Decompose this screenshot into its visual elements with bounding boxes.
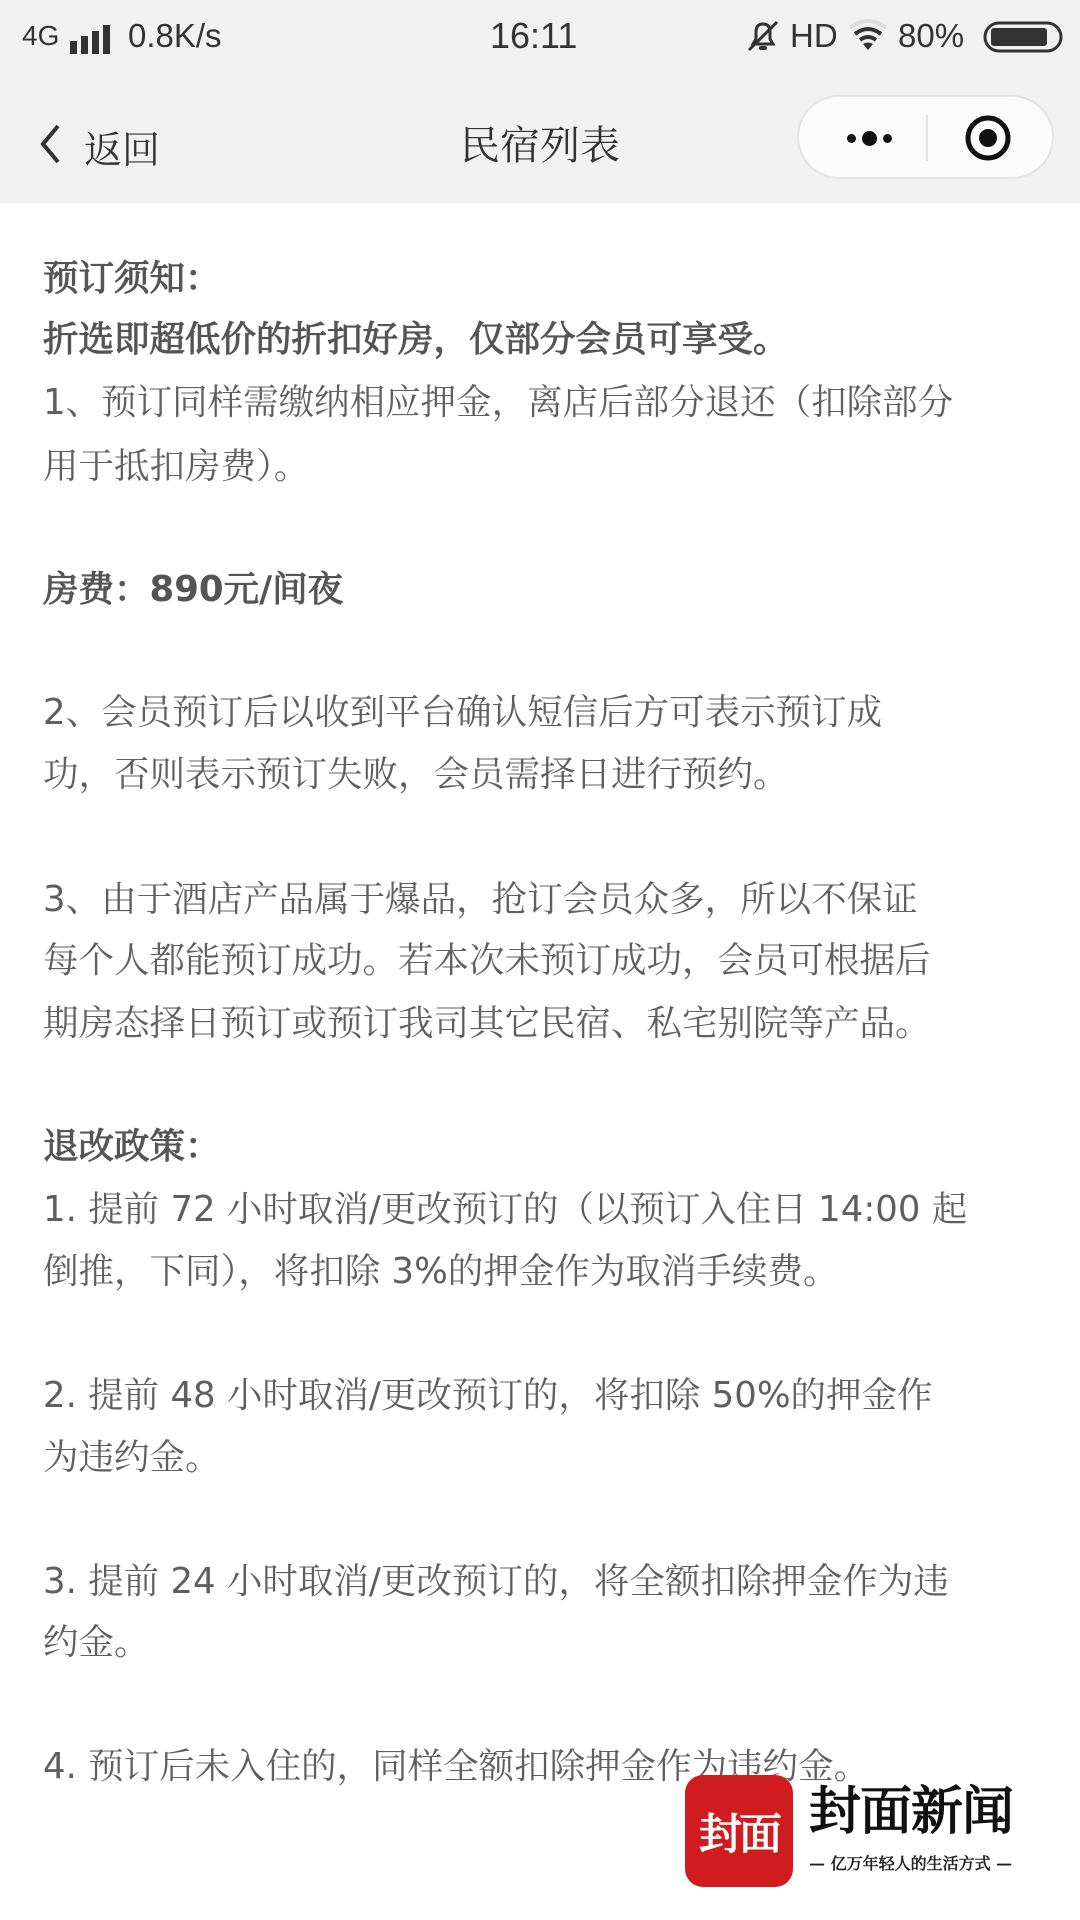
battery-icon: [983, 20, 1063, 64]
status-bar: 4G 0.8K/s 16:11 HD 80%: [0, 0, 1080, 90]
more-dots-icon: [847, 134, 856, 143]
rule-1-line-2: 用于抵扣房费）。: [43, 445, 309, 489]
network-type: 4G: [22, 14, 59, 58]
capsule-divider: [926, 115, 928, 161]
promo-text: 折选即超低价的折扣好房，仅部分会员可享受。: [43, 318, 789, 362]
section-heading-booking: 预订须知：: [43, 257, 221, 301]
rule-3-line-2: 每个人都能预订成功。若本次未预订成功，会员可根据后: [43, 939, 931, 983]
mute-bell-icon: [745, 18, 781, 65]
clock: 16:11: [490, 14, 577, 58]
network-speed: 0.8K/s: [128, 14, 222, 58]
close-button[interactable]: [961, 111, 1015, 165]
rule-3-line-3: 期房态择日预订或预订我司其它民宿、私宅别院等产品。: [43, 1002, 931, 1046]
battery-percent: 80%: [898, 14, 964, 58]
rule-3-line-1: 3、由于酒店产品属于爆品，抢订会员众多，所以不保证: [43, 878, 918, 922]
news-watermark: 封面 封面新闻 — 亿万年轻人的生活方式 —: [685, 1775, 1025, 1890]
refund-1-line-2: 倒推，下同），将扣除 3%的押金作为取消手续费。: [43, 1250, 838, 1294]
more-button[interactable]: [819, 107, 919, 169]
refund-3-line-2: 约金。: [43, 1621, 150, 1665]
back-label: 返回: [84, 119, 160, 174]
target-close-icon: [961, 111, 1015, 165]
more-dots-icon-center: [862, 131, 877, 146]
refund-2-line-1: 2. 提前 48 小时取消/更改预订的，将扣除 50%的押金作: [43, 1374, 933, 1418]
rule-1-line-1: 1、预订同样需缴纳相应押金，离店后部分退还（扣除部分: [43, 381, 953, 425]
chevron-left-icon: [38, 123, 62, 169]
news-logo-name: 封面新闻: [809, 1781, 1013, 1843]
news-logo-slogan: — 亿万年轻人的生活方式 —: [809, 1853, 1012, 1875]
more-dots-icon-right: [883, 134, 892, 143]
signal-icon: [70, 22, 112, 66]
hd-indicator: HD: [790, 14, 838, 58]
rule-2-line-1: 2、会员预订后以收到平台确认短信后方可表示预订成: [43, 691, 882, 735]
refund-2-line-2: 为违约金。: [43, 1436, 221, 1480]
refund-3-line-1: 3. 提前 24 小时取消/更改预订的，将全额扣除押金作为违: [43, 1560, 949, 1604]
room-price: 房费：890元/间夜: [43, 568, 343, 612]
news-logo-badge: 封面: [685, 1775, 793, 1887]
refund-1-line-1: 1. 提前 72 小时取消/更改预订的（以预订入住日 14:00 起: [43, 1188, 967, 1232]
wifi-icon: [848, 18, 888, 63]
rule-2-line-2: 功，否则表示预订失败，会员需择日进行预约。: [43, 753, 789, 797]
section-heading-refund: 退改政策：: [43, 1125, 221, 1169]
back-button[interactable]: 返回: [38, 116, 160, 176]
mini-program-capsule: [797, 95, 1054, 179]
nav-bar: 返回 民宿列表: [0, 90, 1080, 203]
